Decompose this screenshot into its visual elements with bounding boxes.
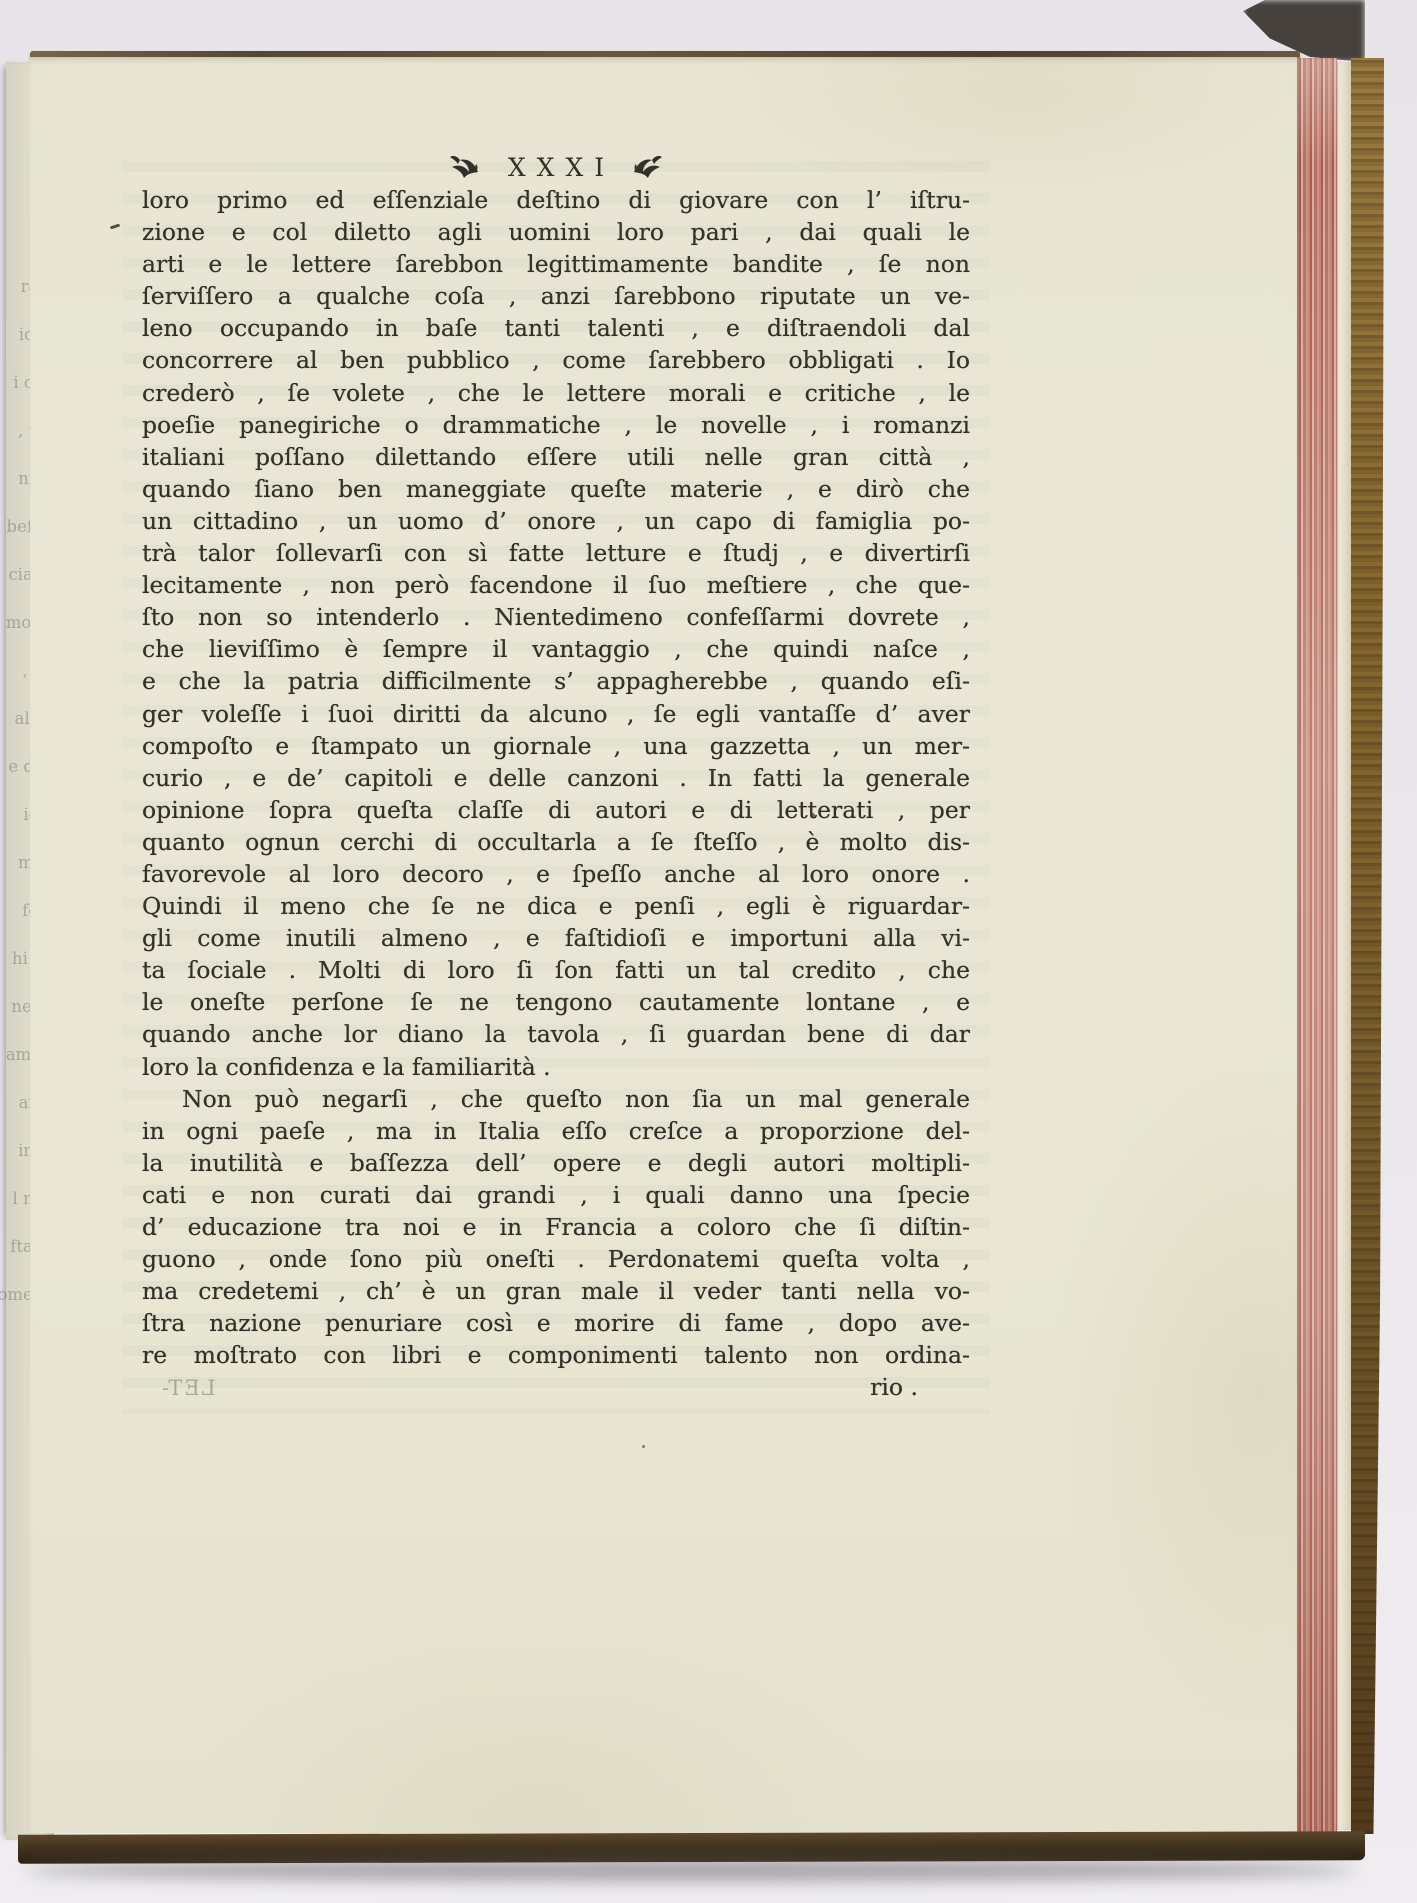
text-line: Non può negarſi , che queſto non ſia un … [142, 1083, 970, 1115]
protruding-page-edge [1337, 62, 1351, 1830]
text-line: compoſto e ſtampato un giornale , una ga… [142, 730, 970, 762]
text-line: opinione ſopra queſta claſſe di autori e… [142, 794, 970, 826]
fleuron-ornament-right [631, 153, 663, 181]
text-line: cati e non curati dai grandi , i quali d… [142, 1179, 970, 1211]
text-line: re moſtrato con libri e componimenti tal… [142, 1339, 970, 1371]
text-line: trà talor ſollevarſi con sì fatte lettur… [142, 537, 970, 569]
text-line: loro primo ed eſſenziale deſtino di giov… [142, 184, 970, 216]
text-line: loro la confidenza e la familiarità . [142, 1051, 970, 1083]
text-line: italiani poſſano dilettando eſſere utili… [142, 441, 970, 473]
catchword-row: LET- rio . [142, 1371, 970, 1403]
text-line: la inutilità e baſſezza dell’ opere e de… [142, 1147, 970, 1179]
page-header: XXXI [142, 150, 970, 184]
text-line: quanto ognun cerchi di occultarla a ſe ſ… [142, 826, 970, 858]
bleedthrough-signature-mark: LET- [160, 1372, 216, 1404]
text-block: XXXI loro primo ed eſſenziale deſtino di… [142, 150, 970, 1404]
page-number: XXXI [497, 153, 615, 182]
text-line: arti e le lettere ſarebbon legittimament… [142, 248, 970, 280]
text-line: le oneſte perſone ſe ne tengono cautamen… [142, 986, 970, 1018]
text-line: Quindi il meno che ſe ne dica e penſi , … [142, 890, 970, 922]
text-line: quando ſiano ben maneggiate queſte mater… [142, 473, 970, 505]
paragraph-1: loro primo ed eſſenziale deſtino di giov… [142, 184, 970, 1083]
text-line: leno occupando in baſe tanti talenti , e… [142, 312, 970, 344]
text-line: guono , onde ſono più oneſti . Perdonate… [142, 1243, 970, 1275]
fleuron-ornament-left [449, 153, 481, 181]
text-line: gli come inutili almeno , e faſtidioſi e… [142, 922, 970, 954]
text-line: quando anche lor diano la tavola , ſi gu… [142, 1018, 970, 1050]
text-line: zione e col diletto agli uomini loro par… [142, 216, 970, 248]
text-line: un cittadino , un uomo d’ onore , un cap… [142, 505, 970, 537]
text-line: ſto non so intenderlo . Nientedimeno con… [142, 601, 970, 633]
text-line: poeſie panegiriche o drammatiche , le no… [142, 409, 970, 441]
text-line: favorevole al loro decoro , e ſpeſſo anc… [142, 858, 970, 890]
text-line: e che la patria difficilmente s’ appaghe… [142, 665, 970, 697]
book-cast-shadow [26, 1859, 1356, 1881]
text-line: curio , e de’ capitoli e delle canzoni .… [142, 762, 970, 794]
paragraph-2: Non può negarſi , che queſto non ſia un … [142, 1083, 970, 1372]
text-line: ma credetemi , ch’ è un gran male il ved… [142, 1275, 970, 1307]
leather-cover-right [1351, 58, 1384, 1834]
text-line: ſerviſſero a qualche coſa , anzi ſarebbo… [142, 280, 970, 312]
text-line: lecitamente , non però facendone il ſuo … [142, 569, 970, 601]
catchword: rio . [870, 1371, 918, 1403]
text-line: concorrere al ben pubblico , come ſarebb… [142, 344, 970, 376]
ink-speck [642, 1445, 645, 1448]
ink-speck [110, 224, 120, 230]
text-line: ta ſociale . Molti di loro ſi ſon fatti … [142, 954, 970, 986]
text-line: che lieviſſimo è ſempre il vantaggio , c… [142, 633, 970, 665]
book-page: XXXI loro primo ed eſſenziale deſtino di… [30, 57, 1297, 1833]
text-line: ger voleſſe i ſuoi diritti da alcuno , ſ… [142, 698, 970, 730]
text-line: crederò , ſe volete , che le lettere mor… [142, 377, 970, 409]
text-line: d’ educazione tra noi e in Francia a col… [142, 1211, 970, 1243]
text-line: in ogni paeſe , ma in Italia eſſo creſce… [142, 1115, 970, 1147]
text-line: ſtra nazione penuriare così e morire di … [142, 1307, 970, 1339]
photograph-of-book-page: hirauio ei cui, nèni ebeſſocian-more, ſe… [0, 0, 1417, 1903]
fore-edge-sprinkled-red [1297, 58, 1337, 1834]
